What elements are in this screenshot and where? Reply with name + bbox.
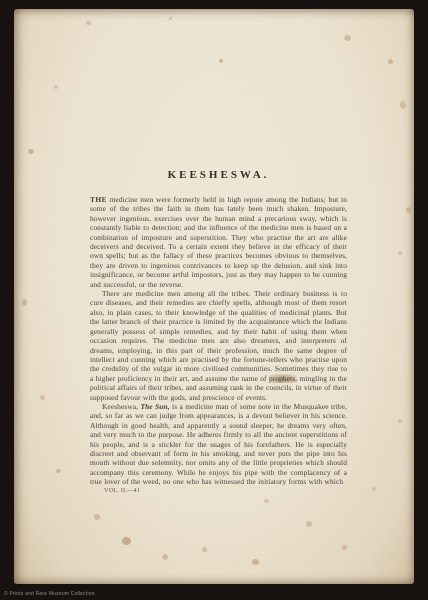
foxing-spot	[54, 85, 58, 89]
foxing-spot	[40, 395, 45, 400]
foxing-spot	[94, 514, 100, 520]
paragraph-3: Keesheswa, The Sun, is a medicine man of…	[90, 402, 347, 487]
paragraph-2-text: There are medicine men among all the tri…	[90, 289, 347, 383]
foxing-spot	[306, 521, 312, 527]
foxing-spot	[162, 554, 168, 560]
foxing-spot	[398, 419, 402, 423]
collection-credit-text: © Prints and Rare Museum Collection	[4, 591, 95, 597]
paragraph-1: THE medicine men were formerly held in h…	[90, 195, 347, 289]
paragraph-3-subject-name: Keesheswa,	[102, 402, 140, 411]
foxing-spot	[169, 17, 172, 20]
foxing-spot	[219, 59, 223, 63]
foxing-spot	[122, 537, 131, 545]
foxing-spot	[264, 499, 269, 503]
paragraph-2: There are medicine men among all the tri…	[90, 289, 347, 402]
foxing-spot	[400, 101, 406, 109]
foxing-spot	[388, 59, 393, 64]
foxing-spot	[398, 251, 402, 255]
volume-signature-mark: VOL. II.—41	[104, 488, 347, 494]
scan-black-frame: KEESHESWA. THE medicine men were formerl…	[0, 0, 428, 600]
foxing-spot	[372, 487, 376, 491]
foxing-spot	[22, 299, 27, 306]
foxing-spot	[56, 469, 61, 473]
paragraph-1-text: medicine men were formerly held in high …	[90, 195, 347, 289]
paragraph-1-lead-word: THE	[90, 195, 107, 204]
foxing-spot	[86, 21, 91, 25]
paragraph-3-text: is a medicine man of some note in the Mu…	[90, 402, 347, 486]
foxing-spot	[342, 545, 347, 550]
foxing-spot	[202, 547, 207, 552]
foxing-spot	[406, 207, 411, 213]
paragraph-2-stained-word: prophets,	[269, 374, 297, 383]
book-page: KEESHESWA. THE medicine men were formerl…	[14, 9, 414, 584]
page-title: KEESHESWA.	[90, 169, 347, 181]
foxing-spot	[28, 149, 34, 154]
page-content: KEESHESWA. THE medicine men were formerl…	[90, 169, 347, 494]
foxing-spot	[252, 559, 259, 565]
foxing-spot	[344, 35, 351, 41]
paragraph-3-epithet-italic: The Sun,	[140, 402, 169, 411]
